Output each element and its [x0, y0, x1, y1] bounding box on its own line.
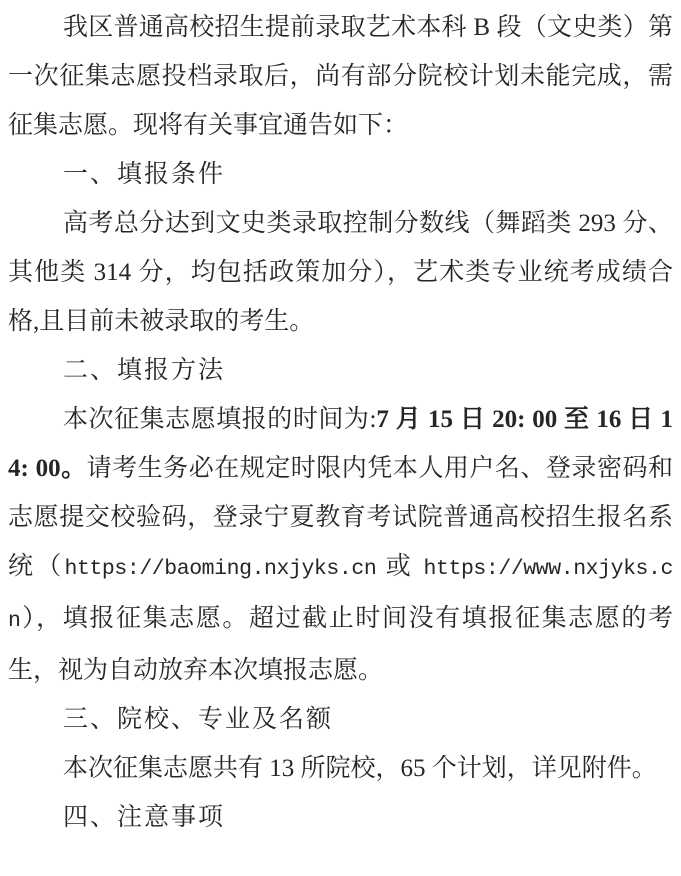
text-segment: 或	[376, 553, 423, 580]
url-text: https://baoming.nxjyks.cn	[64, 557, 376, 581]
document-body: 我区普通高校招生提前录取艺术本科 B 段（文史类）第一次征集志愿投档录取后，尚有…	[8, 3, 673, 842]
paragraph: 本次征集志愿填报的时间为:7 月 15 日 20: 00 至 16 日 14: …	[8, 395, 673, 695]
section-heading: 一、填报条件	[8, 150, 673, 199]
text-segment: 高考总分达到文史类录取控制分数线（舞蹈类 293 分、其他类 314 分，均包括…	[8, 210, 673, 335]
text-segment: 我区普通高校招生提前录取艺术本科 B 段（文史类）第一次征集志愿投档录取后，尚有…	[8, 14, 673, 139]
paragraph: 我区普通高校招生提前录取艺术本科 B 段（文史类）第一次征集志愿投档录取后，尚有…	[8, 3, 673, 150]
text-segment: 三、院校、专业及名额	[63, 706, 333, 733]
text-segment: 本次征集志愿填报的时间为:	[63, 406, 376, 433]
section-heading: 四、注意事项	[8, 793, 673, 842]
text-segment: 四、注意事项	[63, 804, 225, 831]
section-heading: 三、院校、专业及名额	[8, 695, 673, 744]
section-heading: 二、填报方法	[8, 346, 673, 395]
notice-document: 我区普通高校招生提前录取艺术本科 B 段（文史类）第一次征集志愿投档录取后，尚有…	[0, 0, 681, 876]
text-segment: 本次征集志愿共有 13 所院校，65 个计划，详见附件。	[63, 755, 657, 782]
paragraph: 本次征集志愿共有 13 所院校，65 个计划，详见附件。	[8, 744, 673, 793]
text-segment: 一、填报条件	[63, 161, 225, 188]
paragraph: 高考总分达到文史类录取控制分数线（舞蹈类 293 分、其他类 314 分，均包括…	[8, 199, 673, 346]
text-segment: ），填报征集志愿。超过截止时间没有填报征集志愿的考生，视为自动放弃本次填报志愿。	[8, 605, 673, 684]
text-segment: 二、填报方法	[63, 357, 225, 384]
